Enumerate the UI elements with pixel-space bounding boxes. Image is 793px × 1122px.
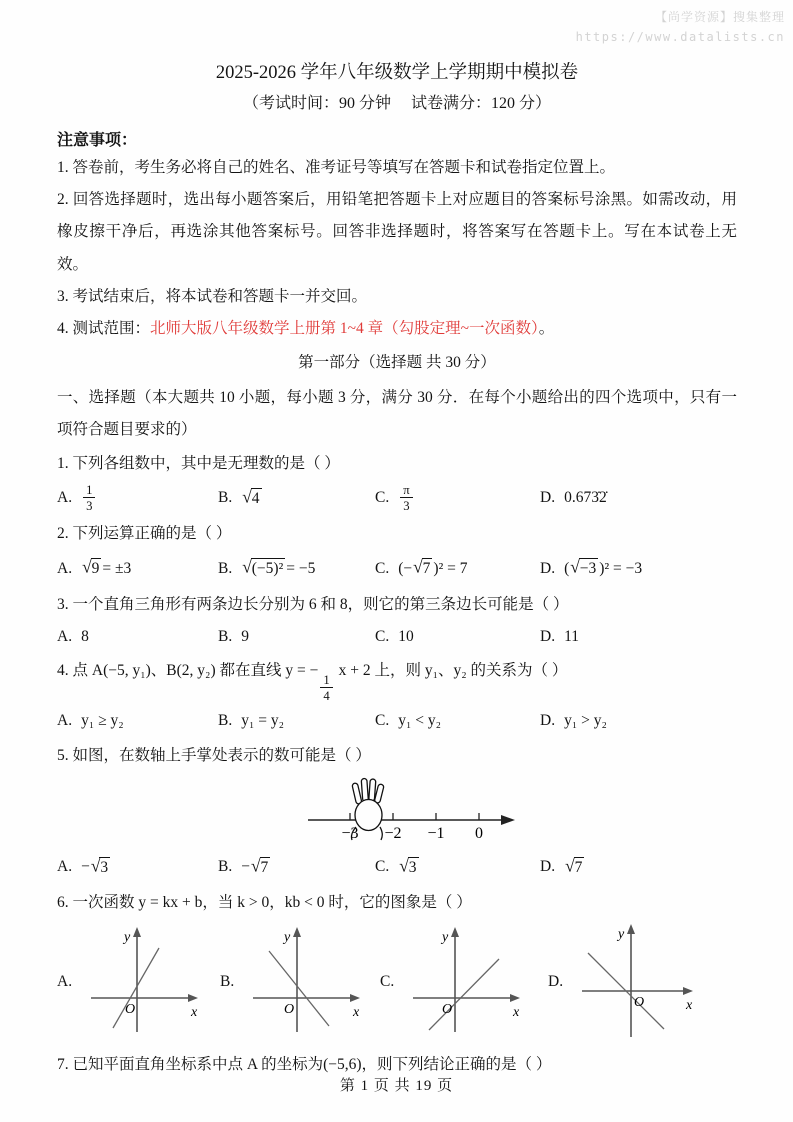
notice-item-1: 1. 答卷前，考生务必将自己的姓名、准考证号等填写在答题卡和试卷指定位置上。 (57, 152, 737, 184)
watermark: 【尚学资源】搜集整理 https://www.datalists.cn (576, 7, 785, 48)
notice-heading: 注意事项： (57, 127, 737, 150)
sqrt-expression: √4 (242, 488, 261, 508)
sqrt-expression: √7 (251, 857, 270, 877)
radical-icon: √ (242, 559, 252, 576)
number-line-figure: −3 −2 −1 0 (304, 774, 519, 848)
exam-subtitle: （考试时间：90 分钟 试卷满分：120 分） (57, 90, 737, 113)
q6-option-c: C. y x O (380, 926, 548, 1038)
radical-icon: √ (82, 559, 92, 576)
question-5-figure: −3 −2 −1 0 (71, 774, 751, 848)
q2-option-b: B. √(−5)² = −5 (218, 558, 375, 578)
fraction: π3 (400, 483, 412, 514)
y-axis-label: y (616, 927, 625, 942)
line-graph-b: y x O (247, 926, 365, 1038)
tick-label: 0 (475, 825, 483, 842)
tick-label: −1 (427, 825, 444, 842)
radical-icon: √ (565, 858, 575, 875)
q4-option-d: D.y₁ > y₂ (540, 712, 737, 730)
question-5-stem: 5. 如图，在数轴上手掌处表示的数可能是（ ） (57, 740, 737, 772)
q3-option-d: D.11 (540, 628, 737, 646)
q5-option-a: A. −√3 (57, 857, 218, 877)
radical-icon: √ (413, 559, 423, 576)
origin-label: O (125, 1002, 135, 1017)
radical-icon: √ (91, 858, 101, 875)
notice-item-3: 3. 考试结束后，将本试卷和答题卡一并交回。 (57, 281, 737, 313)
q1-option-a: A. 13 (57, 483, 218, 514)
question-1-stem: 1. 下列各组数中，其中是无理数的是（ ） (57, 448, 737, 480)
question-2-options: A. √9 = ±3 B. √(−5)² = −5 C. (−√7)² = 7 … (57, 552, 737, 586)
q2-option-a: A. √9 = ±3 (57, 558, 218, 578)
notice-item-4: 4. 测试范围：北师大版八年级数学上册第 1~4 章（勾股定理~一次函数）。 (57, 313, 737, 345)
q1-option-d: D. 0.673̇2̇ (540, 489, 737, 507)
watermark-source: 【尚学资源】搜集整理 (576, 7, 785, 27)
page-title: 2025-2026 学年八年级数学上学期期中模拟卷 (57, 58, 737, 84)
question-2-stem: 2. 下列运算正确的是（ ） (57, 518, 737, 550)
sqrt-expression: √3 (91, 857, 110, 877)
sqrt-expression: √9 (82, 558, 101, 578)
notice-item-4-suffix: 。 (539, 320, 555, 337)
question-6-options: A. y x O B. y x O (57, 923, 737, 1041)
fraction: 13 (83, 483, 95, 514)
radical-icon: √ (399, 858, 409, 875)
q2-option-c: C. (−√7)² = 7 (375, 558, 540, 578)
q1-option-b: B. √4 (218, 488, 375, 508)
q4-option-c: C.y₁ < y₂ (375, 712, 540, 730)
fraction: 14 (320, 673, 332, 704)
sqrt-expression: √−3 (570, 558, 598, 578)
q3-option-a: A.8 (57, 628, 218, 646)
x-axis-label: x (352, 1005, 360, 1020)
question-4-stem: 4. 点 A(−5, y₁)、B(2, y₂) 都在直线 y = −14 x +… (57, 655, 737, 704)
y-axis-label: y (440, 930, 449, 945)
line-graph-d: y x O (576, 923, 698, 1041)
line-graph-c: y x O (407, 926, 525, 1038)
question-4-options: A.y₁ ≥ y₂ B.y₁ = y₂ C.y₁ < y₂ D.y₁ > y₂ (57, 705, 737, 737)
x-axis-label: x (190, 1005, 198, 1020)
notice-item-4-prefix: 4. 测试范围： (57, 320, 150, 337)
question-5-options: A. −√3 B. −√7 C. √3 D. √7 (57, 850, 737, 884)
section-1-title: 第一部分（选择题 共 30 分） (57, 347, 737, 379)
tick-label: −3 (341, 825, 358, 842)
sqrt-expression: √3 (399, 857, 418, 877)
q3-option-c: C.10 (375, 628, 540, 646)
repeating-decimal: 0.673̇2̇ (564, 489, 607, 507)
watermark-url: https://www.datalists.cn (576, 27, 785, 47)
x-axis-label: x (512, 1005, 520, 1020)
origin-label: O (284, 1002, 294, 1017)
origin-label: O (634, 995, 644, 1010)
q4-option-b: B.y₁ = y₂ (218, 712, 375, 730)
radical-icon: √ (251, 858, 261, 875)
question-3-stem: 3. 一个直角三角形有两条边长分别为 6 和 8，则它的第三条边长可能是（ ） (57, 589, 737, 621)
radical-icon: √ (570, 559, 580, 576)
notice-item-2: 2. 回答选择题时，选出每小题答案后，用铅笔把答题卡上对应题目的答案标号涂黑。如… (57, 184, 737, 281)
q5-option-d: D. √7 (540, 857, 737, 877)
page-footer: 第 1 页 共 19 页 (0, 1074, 793, 1095)
q4-option-a: A.y₁ ≥ y₂ (57, 712, 218, 730)
sqrt-expression: √(−5)² (242, 558, 285, 578)
q6-option-b: B. y x O (220, 926, 380, 1038)
radical-icon: √ (242, 489, 252, 506)
question-6-stem: 6. 一次函数 y = kx + b，当 k > 0，kb < 0 时，它的图象… (57, 887, 737, 919)
q6-option-d: D. y x O (548, 923, 737, 1041)
x-axis-label: x (685, 998, 693, 1013)
test-scope-highlight: 北师大版八年级数学上册第 1~4 章（勾股定理~一次函数） (150, 320, 539, 337)
q2-option-d: D. (√−3)² = −3 (540, 558, 737, 578)
y-axis-label: y (122, 930, 131, 945)
q6-option-a: A. y x O (57, 926, 220, 1038)
question-1-options: A. 13 B. √4 C. π3 D. 0.673̇2̇ (57, 481, 737, 515)
q1-option-c: C. π3 (375, 483, 540, 514)
sqrt-expression: √7 (565, 857, 584, 877)
q3-option-b: B.9 (218, 628, 375, 646)
exam-paper-page: 【尚学资源】搜集整理 https://www.datalists.cn 2025… (0, 0, 793, 1122)
y-axis-label: y (282, 930, 291, 945)
section-1-intro: 一、选择题（本大题共 10 小题，每小题 3 分，满分 30 分．在每个小题给出… (57, 382, 737, 446)
line-graph-a: y x O (85, 926, 203, 1038)
origin-label: O (442, 1002, 452, 1017)
q5-option-b: B. −√7 (218, 857, 375, 877)
sqrt-expression: √7 (413, 558, 432, 578)
tick-label: −2 (384, 825, 401, 842)
question-3-options: A.8 B.9 C.10 D.11 (57, 622, 737, 652)
q5-option-c: C. √3 (375, 857, 540, 877)
